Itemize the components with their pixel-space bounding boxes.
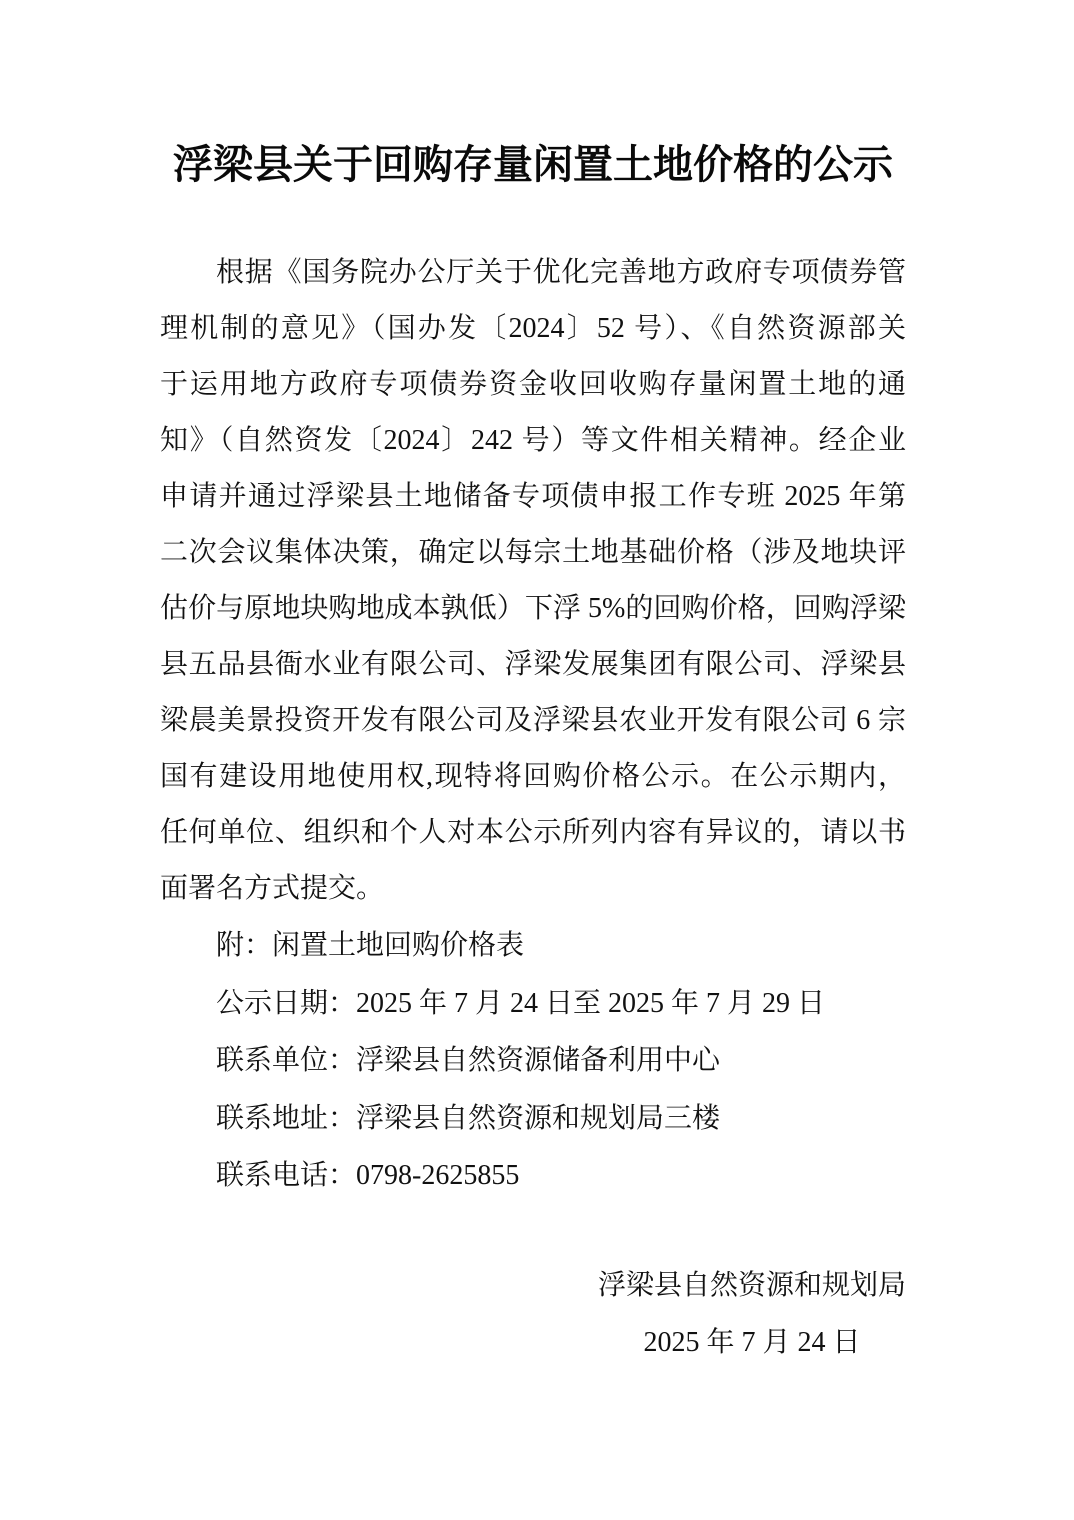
issue-date: 2025 年 7 月 24 日 [598,1314,906,1371]
paragraph-line: 估价与原地块购地成本孰低）下浮 5%的回购价格，回购浮梁 [160,581,906,637]
paragraph-line: 县五品县衙水业有限公司、浮梁发展集团有限公司、浮梁县 [160,637,906,693]
contact-unit-line: 联系单位：浮梁县自然资源储备利用中心 [160,1032,906,1090]
notice-body: 根据《国务院办公厅关于优化完善地方政府专项债券管 理机制的意见》（国办发〔202… [160,245,906,1205]
signature-inner: 浮梁县自然资源和规划局 2025 年 7 月 24 日 [598,1257,906,1371]
paragraph-line: 理机制的意见》（国办发〔2024〕52 号）、《自然资源部关 [160,301,906,357]
page-title: 浮梁县关于回购存量闲置土地价格的公示 [160,133,906,197]
paragraph-line: 梁晨美景投资开发有限公司及浮梁县农业开发有限公司 6 宗 [160,693,906,749]
issuer-name: 浮梁县自然资源和规划局 [598,1257,906,1314]
paragraph-line: 面署名方式提交。 [160,861,906,917]
publicity-period-line: 公示日期：2025 年 7 月 24 日至 2025 年 7 月 29 日 [160,975,906,1033]
notice-page: 浮梁县关于回购存量闲置土地价格的公示 根据《国务院办公厅关于优化完善地方政府专项… [0,0,1074,1520]
paragraph-line: 于运用地方政府专项债券资金收回收购存量闲置土地的通 [160,357,906,413]
paragraph-line: 二次会议集体决策，确定以每宗土地基础价格（涉及地块评 [160,525,906,581]
contact-address-line: 联系地址：浮梁县自然资源和规划局三楼 [160,1090,906,1148]
signature-block: 浮梁县自然资源和规划局 2025 年 7 月 24 日 [160,1257,906,1371]
attachment-line: 附：闲置土地回购价格表 [160,917,906,975]
contact-phone-line: 联系电话：0798-2625855 [160,1147,906,1205]
paragraph-line: 根据《国务院办公厅关于优化完善地方政府专项债券管 [160,245,906,301]
paragraph-line: 知》（自然资发〔2024〕242 号）等文件相关精神。经企业 [160,413,906,469]
paragraph-line: 申请并通过浮梁县土地储备专项债申报工作专班 2025 年第 [160,469,906,525]
paragraph-line: 任何单位、组织和个人对本公示所列内容有异议的，请以书 [160,805,906,861]
paragraph-line: 国有建设用地使用权,现特将回购价格公示。在公示期内， [160,749,906,805]
